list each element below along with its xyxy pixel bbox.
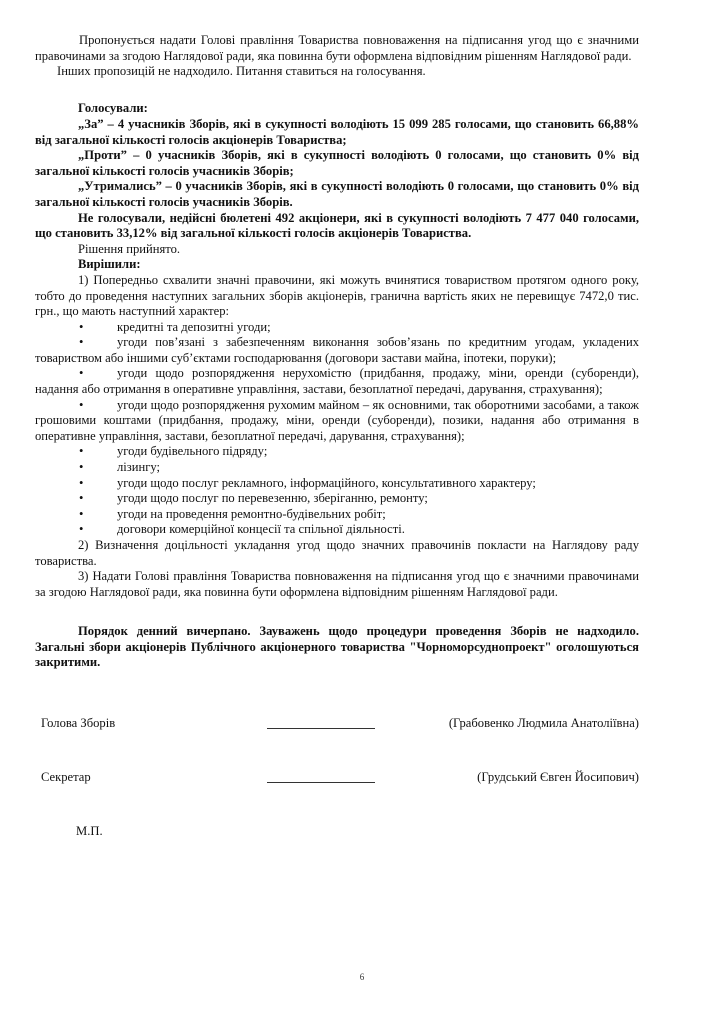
list-item: •угоди щодо розпорядження рухомим майном… (35, 398, 639, 445)
page-number: 6 (0, 972, 724, 982)
bullet-icon: • (35, 366, 117, 382)
bullet-icon: • (35, 398, 117, 414)
list-item-text: угоди щодо розпорядження рухомим майном … (35, 398, 639, 443)
transaction-types-list: •кредитні та депозитні угоди;•угоди пов’… (35, 320, 639, 538)
list-item: •угоди на проведення ремонтно-будівельни… (35, 507, 639, 523)
list-item: •угоди будівельного підряду; (35, 444, 639, 460)
list-item: •угоди щодо розпорядження нерухомістю (п… (35, 366, 639, 397)
signature-secretary: Секретар (Грудський Євген Йосипович) (35, 770, 639, 786)
list-item-text: угоди щодо розпорядження нерухомістю (пр… (35, 366, 639, 396)
list-item: •договори комерційної концесії та спільн… (35, 522, 639, 538)
bullet-icon: • (35, 460, 117, 476)
list-item: •угоди щодо послуг по перевезенню, збері… (35, 491, 639, 507)
resolution-heading: Вирішили: (35, 257, 639, 273)
voting-heading: Голосували: (35, 101, 639, 117)
proposal-paragraph: Пропонується надати Голові правління Тов… (35, 33, 639, 64)
list-item-text: угоди щодо послуг по перевезенню, зберіг… (117, 491, 428, 505)
list-item-text: кредитні та депозитні угоди; (117, 320, 271, 334)
decision-accepted: Рішення прийнято. (35, 242, 639, 258)
list-item-text: угоди на проведення ремонтно-будівельних… (117, 507, 386, 521)
seal-mark: М.П. (76, 824, 639, 840)
signature-chair: Голова Зборів (Грабовенко Людмила Анатол… (35, 716, 639, 732)
resolution-item-3: 3) Надати Голові правління Товариства по… (35, 569, 639, 600)
bullet-icon: • (35, 491, 117, 507)
vote-for: „За” – 4 учасників Зборів, які в сукупно… (35, 117, 639, 148)
bullet-icon: • (35, 522, 117, 538)
list-item-text: угоди пов’язані з забезпеченням виконанн… (35, 335, 639, 365)
bullet-icon: • (35, 507, 117, 523)
bullet-icon: • (35, 444, 117, 460)
bullet-icon: • (35, 476, 117, 492)
vote-abstained: „Утримались” – 0 учасників Зборів, які в… (35, 179, 639, 210)
no-other-proposals: Інших пропозицій не надходило. Питання с… (35, 64, 639, 80)
list-item-text: договори комерційної концесії та спільно… (117, 522, 405, 536)
signature-role: Секретар (41, 770, 91, 786)
closing-statement: Порядок денний вичерпано. Зауважень щодо… (35, 624, 639, 671)
list-item: •лізингу; (35, 460, 639, 476)
signatory-name: (Грудський Євген Йосипович) (477, 770, 639, 786)
document-page: Пропонується надати Голові правління Тов… (35, 33, 639, 839)
list-item: •угоди щодо послуг рекламного, інформаці… (35, 476, 639, 492)
resolution-item-1: 1) Попередньо схвалити значні правочини,… (35, 273, 639, 320)
resolution-item-2: 2) Визначення доцільності укладання угод… (35, 538, 639, 569)
list-item-text: угоди будівельного підряду; (117, 444, 267, 458)
bullet-icon: • (35, 320, 117, 336)
vote-not-voted: Не голосували, недійсні бюлетені 492 акц… (35, 211, 639, 242)
list-item-text: угоди щодо послуг рекламного, інформацій… (117, 476, 536, 490)
list-item-text: лізингу; (117, 460, 160, 474)
signature-line (267, 728, 375, 729)
list-item: •угоди пов’язані з забезпеченням виконан… (35, 335, 639, 366)
signature-line (267, 782, 375, 783)
signatory-name: (Грабовенко Людмила Анатоліївна) (449, 716, 639, 732)
vote-against: „Проти” – 0 учасників Зборів, які в суку… (35, 148, 639, 179)
signature-role: Голова Зборів (41, 716, 115, 732)
list-item: •кредитні та депозитні угоди; (35, 320, 639, 336)
bullet-icon: • (35, 335, 117, 351)
